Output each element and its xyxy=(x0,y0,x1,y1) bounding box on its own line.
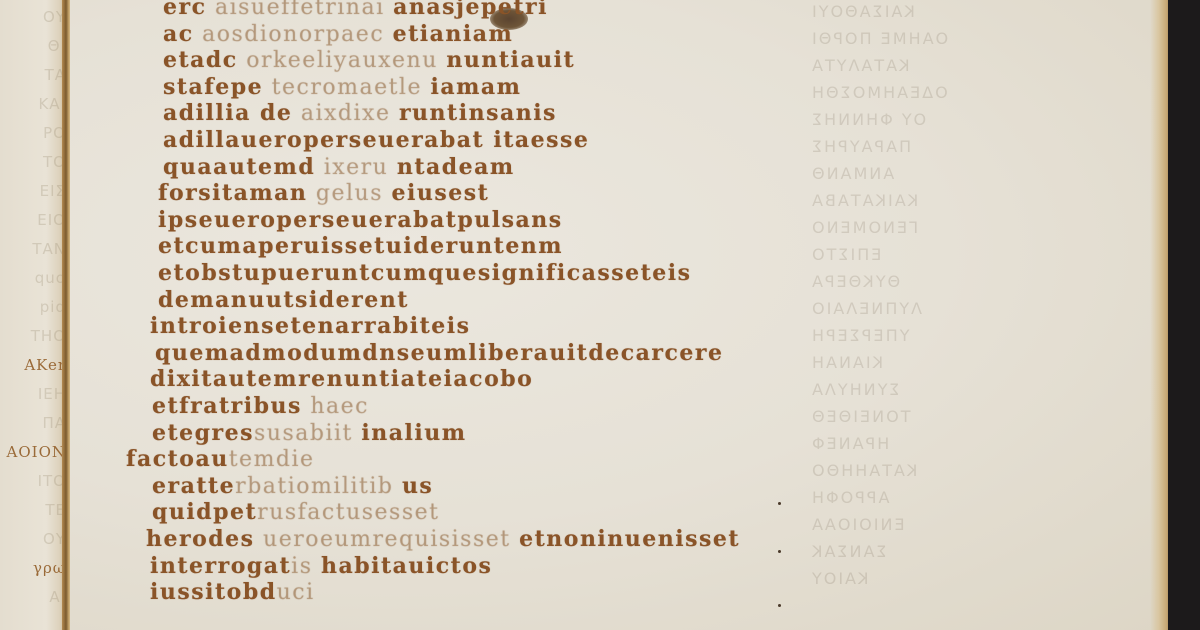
greek-ghost-line: ΘΥΚΘΕΡΑ xyxy=(810,272,900,291)
greek-ghost-line: ΕΝΙΟΙΟΑΑ xyxy=(810,515,905,534)
greek-ghost-line: ΣΥΝΗΥΛΑ xyxy=(810,380,900,399)
line-ink: etfratribus xyxy=(152,393,302,419)
line-ink: quaautemd xyxy=(163,154,315,180)
manuscript-line: etegressusabiit inalium xyxy=(152,420,466,446)
line-faded-ink: uci xyxy=(277,580,315,605)
left-leaf-line: ΤΕ xyxy=(0,501,66,519)
line-ink-tail: anasjepetri xyxy=(393,0,548,20)
line-faded-ink: aisueffetrinai xyxy=(206,0,393,20)
greek-ghost-line: ΤΟΝΕΙΘΕΘ xyxy=(810,407,910,426)
manuscript-line: stafepe tecromaetle iamam xyxy=(163,74,521,100)
left-leaf-line: ΡΟ xyxy=(0,124,66,142)
left-leaf-line: γρω xyxy=(0,559,66,577)
left-leaf-line: ΠΑ xyxy=(0,414,66,432)
greek-ghost-line: ΓΕΝΟΜΕΝΟ xyxy=(810,218,918,237)
manuscript-line: quidpetrusfactusesset xyxy=(152,499,440,525)
speck xyxy=(778,502,781,505)
manuscript-line: etfratribus haec xyxy=(152,393,369,419)
left-facing-leaf: ΟΥΘΙΤΑΚΑΙΡΟΤΟΕΙΣΕΙΟΤΑΝquopiqΤΗΟAKerΙΕΗΠΑ… xyxy=(0,0,66,630)
manuscript-line: introiensetenarrabiteis xyxy=(150,313,471,339)
left-leaf-line: ΤΑ xyxy=(0,66,66,84)
greek-ghost-line: ΑΝΜΑΝΘ xyxy=(810,164,894,183)
line-ink-tail: nuntiauit xyxy=(446,47,575,73)
manuscript-line: forsitaman gelus eiusest xyxy=(158,180,489,206)
left-leaf-line: ΕΙΟ xyxy=(0,211,66,229)
manuscript-line: interrogatis habitauictos xyxy=(150,553,492,579)
line-ink-tail: iamam xyxy=(430,74,521,100)
greek-ghost-line: ΚΙΑΝΑΗ xyxy=(810,353,883,372)
line-faded-ink: rusfactusesset xyxy=(257,500,439,525)
line-ink-tail: habitauictos xyxy=(321,553,492,579)
line-faded-ink: tecromaetle xyxy=(263,75,430,100)
left-leaf-line: ΟΥ xyxy=(0,530,66,548)
manuscript-line: demanuutsiderent xyxy=(158,287,409,313)
left-leaf-line: ΕΙΣ xyxy=(0,182,66,200)
line-ink-tail: runtinsanis xyxy=(399,100,557,126)
left-leaf-line: ΑΙ xyxy=(0,588,66,606)
line-ink-tail: inalium xyxy=(361,420,466,446)
line-faded-ink: aosdionorpaec xyxy=(194,22,393,47)
line-ink: etobstupueruntcumquesignificasseteis xyxy=(158,260,692,286)
line-faded-ink: susabiit xyxy=(254,421,361,446)
line-ink: ac xyxy=(163,21,194,47)
greek-show-through: ΚΑΙΣΑΘΟΥΙΟΑΗΜΕ ΠΟΡΘΙΚΑΤΑΛΥΤΑΟΔΕΑΗΜΟΣΘΗΟΥ… xyxy=(810,0,970,630)
line-ink: stafepe xyxy=(163,74,263,100)
manuscript-line: adillaueroperseuerabat itaesse xyxy=(163,127,589,153)
greek-ghost-line: ΚΑΙΟΥ xyxy=(810,569,869,588)
left-leaf-line: ΤΗΟ xyxy=(0,327,66,345)
line-ink-tail: etianiam xyxy=(393,21,514,47)
greek-ghost-line: ΗΡΑΝΕΦ xyxy=(810,434,889,453)
left-leaf-line: ΘΙ xyxy=(0,37,66,55)
line-ink: forsitaman xyxy=(158,180,307,206)
left-leaf-line: quo xyxy=(0,269,66,287)
manuscript-page: ΚΑΙΣΑΘΟΥΙΟΑΗΜΕ ΠΟΡΘΙΚΑΤΑΛΥΤΑΟΔΕΑΗΜΟΣΘΗΟΥ… xyxy=(70,0,1170,630)
line-ink: dixitautemrenuntiateiacobo xyxy=(150,366,533,392)
line-ink: etadc xyxy=(163,47,238,73)
manuscript-line: etadc orkeeliyauxenu nuntiauit xyxy=(163,47,575,73)
line-faded-ink: gelus xyxy=(307,181,391,206)
manuscript-viewer: ΟΥΘΙΤΑΚΑΙΡΟΤΟΕΙΣΕΙΟΤΑΝquopiqΤΗΟAKerΙΕΗΠΑ… xyxy=(0,0,1200,630)
manuscript-line: herodes ueroeumrequisisset etnoninueniss… xyxy=(146,526,740,552)
line-faded-ink: is xyxy=(291,554,321,579)
manuscript-line: dixitautemrenuntiateiacobo xyxy=(150,366,533,392)
line-ink: adillaueroperseuerabat itaesse xyxy=(163,127,589,153)
line-ink: herodes xyxy=(146,526,255,552)
left-leaf-line: ΟΥ xyxy=(0,8,66,26)
greek-ghost-line: ΑΡΡΟΦΗ xyxy=(810,488,889,507)
line-faded-ink: temdie xyxy=(229,447,315,472)
line-ink-tail: ntadeam xyxy=(397,154,515,180)
line-faded-ink: haec xyxy=(302,394,369,419)
speck xyxy=(778,604,781,607)
speck xyxy=(778,550,781,553)
greek-ghost-line: ΣΑΝΣΑΚ xyxy=(810,542,887,561)
line-ink-tail: etnoninuenisset xyxy=(519,526,740,552)
left-leaf-line: ΤΑΝ xyxy=(0,240,66,258)
line-ink: ipseueroperseuerabatpulsans xyxy=(158,207,563,233)
greek-ghost-line: ΚΑΙΚΑΤΑΒΑ xyxy=(810,191,918,210)
greek-ghost-line: ΕΠΙΣΤΟ xyxy=(810,245,881,264)
line-ink: iussitobd xyxy=(150,579,277,605)
line-ink: adillia de xyxy=(163,100,292,126)
manuscript-line: ipseueroperseuerabatpulsans xyxy=(158,207,563,233)
line-ink: introiensetenarrabiteis xyxy=(150,313,471,339)
left-leaf-line: piq xyxy=(0,298,66,316)
manuscript-line: adillia de aixdixe runtinsanis xyxy=(163,100,557,126)
line-ink: interrogat xyxy=(150,553,291,579)
manuscript-line: etcumaperuissetuideruntenm xyxy=(158,233,563,259)
left-leaf-line: ΙΕΗ xyxy=(0,385,66,403)
greek-ghost-line: ΠΑΡΑΥΡΗΣ xyxy=(810,137,911,156)
line-ink: quidpet xyxy=(152,499,257,525)
line-faded-ink: ixeru xyxy=(315,155,397,180)
greek-ghost-line: ΟΥ ΦΗΝΝΗΣ xyxy=(810,110,926,129)
greek-ghost-line: ΟΑΗΜΕ ΠΟΡΘΙ xyxy=(810,29,948,48)
line-ink: factoau xyxy=(126,446,229,472)
greek-ghost-line: ΚΑΤΑΗΗΘΟ xyxy=(810,461,917,480)
greek-ghost-line: ΚΑΙΣΑΘΟΥΙ xyxy=(810,2,915,21)
line-ink: etcumaperuissetuideruntenm xyxy=(158,233,563,259)
manuscript-line: iussitobduci xyxy=(150,579,315,605)
manuscript-line: eratterbatiomilitib us xyxy=(152,473,433,499)
manuscript-line: erc aisueffetrinai anasjepetri xyxy=(163,0,548,20)
manuscript-line: quemadmodumdnseumliberauitdecarcere xyxy=(155,340,724,366)
manuscript-line: quaautemd ixeru ntadeam xyxy=(163,154,515,180)
greek-ghost-line: ΛΥΠΝΕΛΑΙΟ xyxy=(810,299,922,318)
greek-ghost-line: ΟΔΕΑΗΜΟΣΘΗ xyxy=(810,83,948,102)
manuscript-line: etobstupueruntcumquesignificasseteis xyxy=(158,260,692,286)
left-leaf-line: ΑΟΙΟΝ xyxy=(0,443,66,461)
manuscript-line: factoautemdie xyxy=(126,446,315,472)
line-ink-tail: us xyxy=(402,473,433,499)
left-leaf-line: ΙΤΟ xyxy=(0,472,66,490)
line-ink: demanuutsiderent xyxy=(158,287,409,313)
line-ink: etegres xyxy=(152,420,254,446)
greek-ghost-line: ΚΑΤΑΛΥΤΑ xyxy=(810,56,910,75)
background-edge xyxy=(1168,0,1200,630)
line-ink-tail: eiusest xyxy=(392,180,490,206)
manuscript-line: ac aosdionorpaec etianiam xyxy=(163,21,513,47)
left-leaf-line: ΚΑΙ xyxy=(0,95,66,113)
line-ink: erc xyxy=(163,0,206,20)
greek-ghost-line: ΥΠΕΡΣΕΡΗ xyxy=(810,326,909,345)
left-leaf-line: ΤΟ xyxy=(0,153,66,171)
line-ink: eratte xyxy=(152,473,235,499)
line-ink: quemadmodumdnseumliberauitdecarcere xyxy=(155,340,724,366)
line-faded-ink: rbatiomilitib xyxy=(235,474,402,499)
line-faded-ink: ueroeumrequisisset xyxy=(255,527,520,552)
line-faded-ink: aixdixe xyxy=(292,101,399,126)
left-leaf-line: AKer xyxy=(0,356,66,374)
line-faded-ink: orkeeliyauxenu xyxy=(238,48,447,73)
